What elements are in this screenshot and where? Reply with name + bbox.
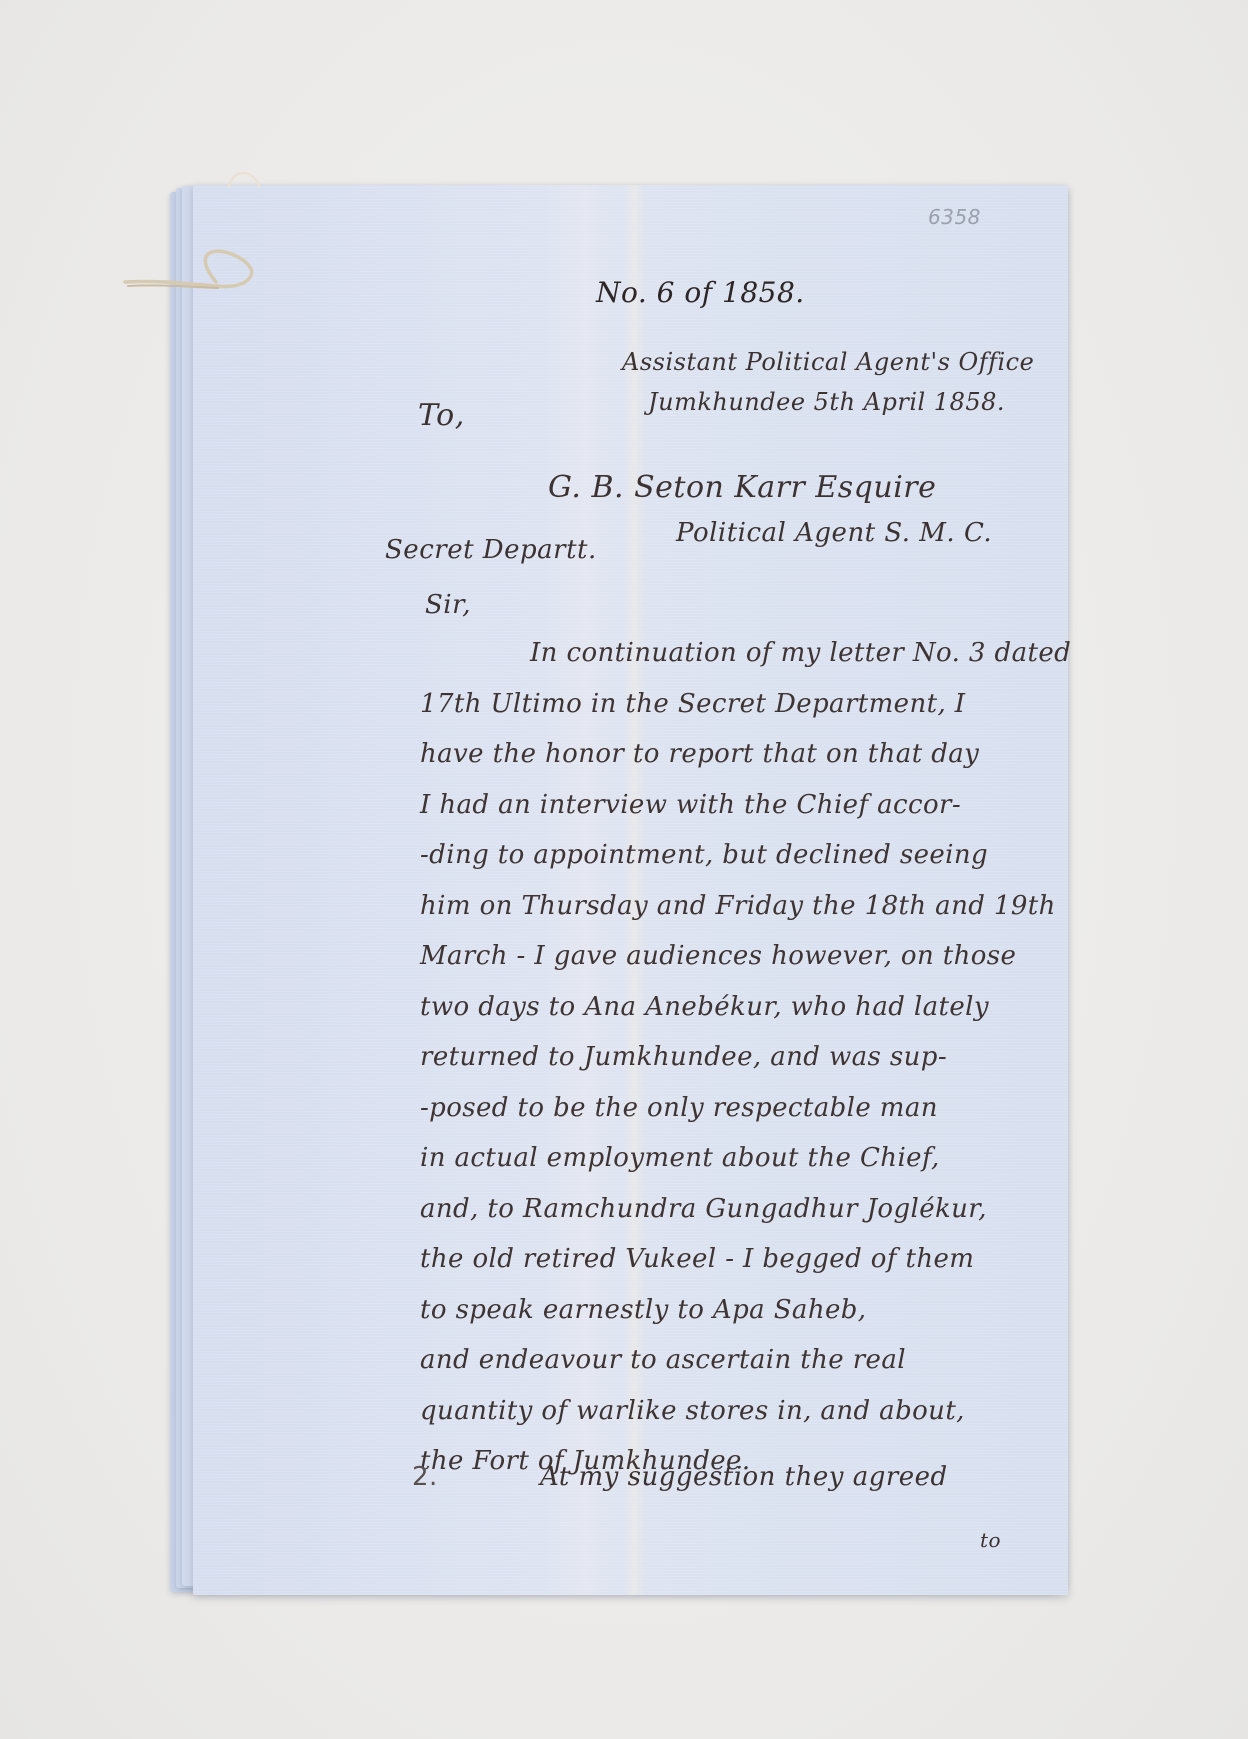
- body-line: quantity of warlike stores in, and about…: [420, 1386, 1060, 1437]
- letter-body: In continuation of my letter No. 3 dated…: [420, 628, 1060, 1487]
- body-line: in actual employment about the Chief,: [420, 1133, 1060, 1184]
- body-line: have the honor to report that on that da…: [420, 729, 1060, 780]
- body-line: to speak earnestly to Apa Saheb,: [420, 1285, 1060, 1336]
- body-line: the old retired Vukeel - I begged of the…: [420, 1234, 1060, 1285]
- department-label: Secret Departt.: [385, 535, 597, 565]
- body-line: -posed to be the only respectable man: [420, 1083, 1060, 1134]
- pencil-annotation: 6358: [928, 205, 981, 229]
- photo-background: 6358 No. 6 of 1858. Assistant Political …: [0, 0, 1248, 1739]
- salutation: Sir,: [425, 590, 471, 620]
- body-line: and, to Ramchundra Gungadhur Joglékur,: [420, 1184, 1060, 1235]
- body-line: -ding to appointment, but declined seein…: [420, 830, 1060, 881]
- body-line: him on Thursday and Friday the 18th and …: [420, 881, 1060, 932]
- recipient-title: Political Agent S. M. C.: [676, 518, 992, 548]
- recipient-name: G. B. Seton Karr Esquire: [548, 470, 936, 505]
- body-line: and endeavour to ascertain the real: [420, 1335, 1060, 1386]
- letter-number: No. 6 of 1858.: [596, 276, 805, 309]
- body-line: In continuation of my letter No. 3 dated: [420, 628, 1060, 679]
- body-line: two days to Ana Anebékur, who had lately: [420, 982, 1060, 1033]
- to-label: To,: [418, 398, 465, 433]
- string-loop-icon: [222, 160, 272, 190]
- body-line: I had an interview with the Chief accor-: [420, 780, 1060, 831]
- binding-string-icon: [120, 240, 270, 310]
- body-line: March - I gave audiences however, on tho…: [420, 931, 1060, 982]
- office-date-line: Jumkhundee 5th April 1858.: [648, 388, 1005, 416]
- catchword: to: [980, 1528, 1001, 1552]
- paragraph-number: 2.: [412, 1462, 438, 1492]
- body-line: 17th Ultimo in the Secret Department, I: [420, 679, 1060, 730]
- body-line: returned to Jumkhundee, and was sup-: [420, 1032, 1060, 1083]
- paragraph-2-start: At my suggestion they agreed: [540, 1462, 948, 1492]
- office-line-1: Assistant Political Agent's Office: [622, 348, 1034, 376]
